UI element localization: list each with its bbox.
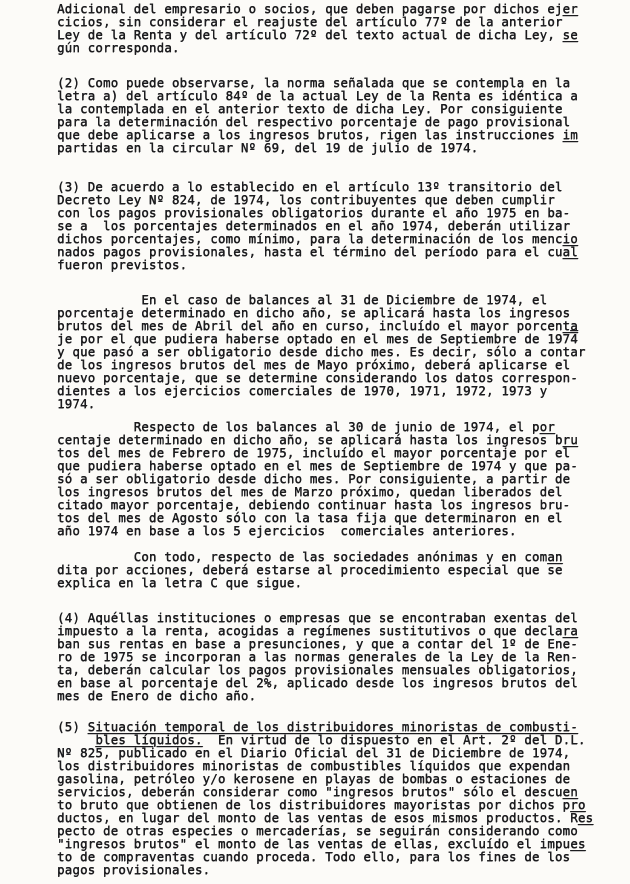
text-segment: 1974. bbox=[57, 396, 95, 411]
text-segment: partidas en la circular Nº 69, del 19 de… bbox=[57, 140, 478, 155]
text-line: partidas en la circular Nº 69, del 19 de… bbox=[57, 141, 610, 154]
text-line: dientes a los ejercicios comerciales de … bbox=[57, 384, 610, 397]
paragraph: (5) Situación temporal de los distribuid… bbox=[57, 720, 610, 876]
paragraph: Adicional del empresario o socios, que d… bbox=[57, 2, 610, 54]
underlined-text: se bbox=[563, 27, 578, 42]
typewritten-page: Adicional del empresario o socios, que d… bbox=[0, 0, 630, 884]
text-segment: explica en la letra C que sigue. bbox=[57, 575, 302, 590]
paragraph: Respecto de los balances al 30 de junio … bbox=[57, 420, 610, 537]
text-line: año 1974 en base a los 5 ejercicios come… bbox=[57, 524, 610, 537]
paragraph: En el caso de balances al 31 de Diciembr… bbox=[57, 293, 610, 410]
paragraph: (4) Aquéllas instituciones o empresas qu… bbox=[57, 611, 610, 702]
underlined-text: im bbox=[563, 127, 578, 142]
text-line: explica en la letra C que sigue. bbox=[57, 576, 610, 589]
text-line: pagos provisionales. bbox=[57, 863, 610, 876]
paragraph: (2) Como puede observarse, la norma seña… bbox=[57, 76, 610, 154]
underlined-text: al bbox=[563, 244, 578, 259]
paragraph: (3) De acuerdo a lo establecido en el ar… bbox=[57, 180, 610, 271]
text-segment: año 1974 en base a los 5 ejercicios come… bbox=[57, 523, 517, 538]
text-segment: mes de Enero de dicho año. bbox=[57, 688, 256, 703]
document-body: Adicional del empresario o socios, que d… bbox=[57, 2, 610, 876]
text-line: fueron previstos. bbox=[57, 258, 610, 271]
underlined-text: es bbox=[578, 810, 593, 825]
paragraph: Con todo, respecto de las sociedades anó… bbox=[57, 550, 610, 589]
text-segment: fueron previstos. bbox=[57, 257, 187, 272]
text-segment: dientes a los ejercicios comerciales de … bbox=[57, 383, 547, 398]
underlined-text: er bbox=[563, 1, 578, 16]
text-segment: pagos provisionales. bbox=[57, 862, 210, 877]
text-line: gún corresponda. bbox=[57, 41, 610, 54]
text-line: mes de Enero de dicho año. bbox=[57, 689, 610, 702]
underlined-text: es bbox=[570, 836, 585, 851]
text-segment: gún corresponda. bbox=[57, 40, 180, 55]
text-line: 1974. bbox=[57, 397, 610, 410]
